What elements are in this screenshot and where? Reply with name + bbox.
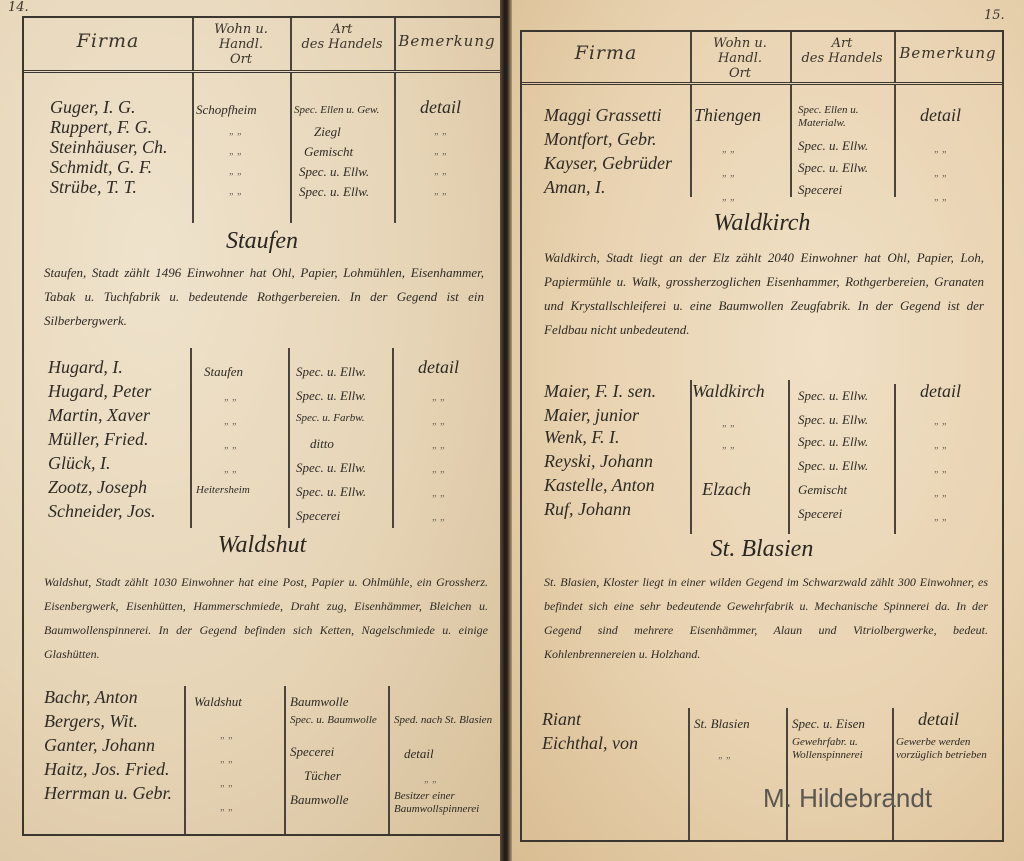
ort-cell: Elzach: [702, 480, 751, 499]
art-cell: Spec. u. Ellw.: [798, 410, 868, 429]
column-header-bemerkung: Bemerkung: [394, 34, 500, 49]
firma-cell: Kastelle, Anton: [544, 476, 655, 495]
ort-cell: Thiengen: [694, 106, 761, 125]
section-description-waldshut: Waldshut, Stadt zählt 1030 Einwohner hat…: [44, 570, 488, 666]
bemerkung-cell: „ „: [432, 508, 446, 527]
column-rule: [192, 73, 194, 223]
art-cell: Spec. Ellen u. Gew.: [294, 104, 379, 117]
firma-cell: Glück, I.: [48, 454, 110, 473]
firma-cell: Bachr, Anton: [44, 688, 138, 707]
firma-cell: Hugard, I.: [48, 358, 123, 377]
art-cell: Specerei: [296, 506, 340, 525]
ort-cell: „ „: [229, 162, 243, 181]
ledger-table: Firma Wohn u. Handl. Ort Art des Handels…: [22, 16, 502, 836]
art-cell: ditto: [310, 434, 334, 453]
ort-cell: Schopfheim: [196, 100, 257, 119]
section-title-staufen: Staufen: [24, 228, 500, 255]
art-cell: Spec. u. Ellw.: [296, 482, 366, 501]
art-cell: Baumwolle: [290, 790, 349, 809]
ort-cell: „ „: [229, 122, 243, 141]
ort-cell: St. Blasien: [694, 714, 750, 733]
firma-cell: Eichthal, von: [542, 734, 638, 753]
firma-cell: Maggi Grassetti: [544, 106, 662, 125]
bemerkung-cell: Sped. nach St. Blasien: [394, 714, 494, 727]
firma-cell: Martin, Xaver: [48, 406, 150, 425]
art-cell: Spec. u. Ellw.: [299, 162, 369, 181]
ort-cell: Waldshut: [194, 692, 242, 711]
section-title-waldkirch: Waldkirch: [522, 210, 1002, 237]
column-rule: [690, 380, 692, 534]
column-rule: [184, 686, 186, 834]
art-cell: Ziegl: [314, 122, 341, 141]
page-number: 15.: [984, 8, 1005, 23]
bemerkung-cell: „ „: [434, 182, 448, 201]
column-rule: [392, 348, 394, 528]
ort-cell: „ „: [220, 726, 234, 745]
header-line: des Handels: [290, 37, 394, 52]
art-cell: Spec. u. Farbw.: [296, 412, 365, 425]
art-cell: Baumwolle: [290, 692, 349, 711]
firma-cell: Guger, I. G.: [50, 98, 136, 117]
bemerkung-cell: „ „: [934, 164, 948, 183]
firma-cell: Reyski, Johann: [544, 452, 653, 471]
firma-cell: Ruppert, F. G.: [50, 118, 152, 137]
bemerkung-cell: „ „: [432, 412, 446, 431]
bemerkung-cell: „ „: [434, 162, 448, 181]
art-cell: Spec. Ellen u. Materialw.: [798, 104, 890, 130]
art-cell: Spec. u. Ellw.: [798, 456, 868, 475]
art-cell: Spec. u. Eisen: [792, 714, 865, 733]
firma-cell: Ganter, Johann: [44, 736, 155, 755]
header-line: Wohn u. Handl.: [690, 36, 790, 66]
ort-cell: „ „: [722, 188, 736, 207]
right-page: 15. Firma Wohn u. Handl. Ort Art des Han…: [512, 0, 1024, 861]
bemerkung-cell: „ „: [934, 188, 948, 207]
section-description-st-blasien: St. Blasien, Kloster liegt in einer wild…: [544, 570, 988, 666]
bemerkung-cell: „ „: [934, 140, 948, 159]
art-cell: Tücher: [304, 766, 341, 785]
column-rule: [288, 348, 290, 528]
firma-cell: Zootz, Joseph: [48, 478, 147, 497]
firma-cell: Haitz, Jos. Fried.: [44, 760, 170, 779]
bemerkung-cell: „ „: [432, 484, 446, 503]
bemerkung-cell: detail: [418, 358, 459, 377]
bemerkung-cell: „ „: [432, 436, 446, 455]
bemerkung-cell: detail: [918, 710, 959, 729]
art-cell: Spec. u. Ellw.: [296, 362, 366, 381]
bemerkung-cell: „ „: [434, 122, 448, 141]
column-rule: [788, 380, 790, 534]
ort-cell: Waldkirch: [692, 382, 765, 401]
column-rule: [790, 85, 792, 197]
column-rule: [688, 708, 690, 840]
ort-cell: „ „: [224, 436, 238, 455]
column-rule: [394, 73, 396, 223]
column-rule: [388, 686, 390, 834]
ort-cell: „ „: [224, 460, 238, 479]
column-header-ort: Wohn u. Handl. Ort: [690, 36, 790, 81]
column-rule: [786, 708, 788, 840]
column-header-firma: Firma: [24, 34, 192, 49]
section-description-staufen: Staufen, Stadt zählt 1496 Einwohner hat …: [44, 261, 484, 333]
column-header-ort: Wohn u. Handl. Ort: [192, 22, 290, 67]
firma-cell: Aman, I.: [544, 178, 606, 197]
bemerkung-cell: „ „: [434, 142, 448, 161]
column-header-bemerkung: Bemerkung: [894, 46, 1002, 61]
firma-cell: Maier, F. I. sen.: [544, 382, 656, 401]
section-title-st-blasien: St. Blasien: [522, 536, 1002, 563]
ort-cell: „ „: [220, 750, 234, 769]
art-cell: Spec. u. Baumwolle: [290, 714, 382, 727]
page-number: 14.: [8, 0, 29, 15]
art-cell: Spec. u. Ellw.: [299, 182, 369, 201]
header-line: des Handels: [790, 51, 894, 66]
firma-cell: Maier, junior: [544, 406, 639, 425]
art-cell: Specerei: [798, 180, 842, 199]
ort-cell: Staufen: [204, 362, 243, 381]
column-header-firma: Firma: [522, 46, 690, 61]
bemerkung-cell: „ „: [934, 460, 948, 479]
column-header-art: Art des Handels: [790, 36, 894, 66]
bemerkung-cell: „ „: [934, 508, 948, 527]
section-description-waldkirch: Waldkirch, Stadt liegt an der Elz zählt …: [544, 246, 984, 342]
ledger-table: Firma Wohn u. Handl. Ort Art des Handels…: [520, 30, 1004, 842]
column-header-art: Art des Handels: [290, 22, 394, 52]
column-rule: [190, 348, 192, 528]
book-gutter: [500, 0, 512, 861]
art-cell: Spec. u. Ellw.: [296, 386, 366, 405]
header-line: Wohn u. Handl.: [192, 22, 290, 52]
ort-cell: „ „: [224, 388, 238, 407]
bemerkung-cell: Besitzer einer Baumwollspinnerei: [394, 790, 498, 816]
firma-cell: Kayser, Gebrüder: [544, 154, 672, 173]
ort-cell: „ „: [229, 182, 243, 201]
watermark: M. Hildebrandt: [763, 783, 932, 814]
art-cell: Specerei: [798, 504, 842, 523]
art-cell: Spec. u. Ellw.: [798, 136, 868, 155]
column-rule: [892, 708, 894, 840]
section-title-waldshut: Waldshut: [24, 532, 500, 559]
ort-cell: „ „: [229, 142, 243, 161]
firma-cell: Schmidt, G. F.: [50, 158, 152, 177]
bemerkung-cell: „ „: [432, 460, 446, 479]
column-rule: [284, 686, 286, 834]
firma-cell: Strübe, T. T.: [50, 178, 137, 197]
ort-cell: „ „: [722, 140, 736, 159]
bemerkung-cell: Gewerbe werden vorzüglich betrieben: [896, 736, 1000, 762]
firma-cell: Müller, Fried.: [48, 430, 149, 449]
column-rule: [894, 384, 896, 534]
column-rule: [894, 85, 896, 197]
bemerkung-cell: detail: [920, 382, 961, 401]
ort-cell: Heitersheim: [196, 484, 250, 497]
art-cell: Spec. u. Ellw.: [798, 432, 868, 451]
header-line: Ort: [690, 66, 790, 81]
art-cell: Gemischt: [304, 142, 353, 161]
ort-cell: „ „: [224, 412, 238, 431]
art-cell: Gewehrfabr. u. Wollenspinnerei: [792, 736, 888, 762]
header-line: Art: [290, 22, 394, 37]
bemerkung-cell: detail: [420, 98, 461, 117]
ort-cell: „ „: [220, 774, 234, 793]
firma-cell: Ruf, Johann: [544, 500, 631, 519]
bemerkung-cell: detail: [404, 744, 434, 763]
firma-cell: Wenk, F. I.: [544, 428, 620, 447]
header-line: Ort: [192, 52, 290, 67]
ort-cell: „ „: [220, 798, 234, 817]
firma-cell: Steinhäuser, Ch.: [50, 138, 168, 157]
art-cell: Spec. u. Ellw.: [798, 386, 868, 405]
art-cell: Specerei: [290, 742, 334, 761]
ort-cell: „ „: [722, 164, 736, 183]
firma-cell: Bergers, Wit.: [44, 712, 138, 731]
bemerkung-cell: „ „: [934, 412, 948, 431]
bemerkung-cell: „ „: [934, 436, 948, 455]
header-divider: [522, 82, 1002, 85]
bemerkung-cell: „ „: [424, 770, 438, 789]
bemerkung-cell: „ „: [432, 388, 446, 407]
firma-cell: Herrman u. Gebr.: [44, 784, 172, 803]
column-rule: [690, 85, 692, 197]
firma-cell: Schneider, Jos.: [48, 502, 155, 521]
firma-cell: Hugard, Peter: [48, 382, 151, 401]
ort-cell: „ „: [718, 746, 732, 765]
ort-cell: „ „: [722, 414, 736, 433]
bemerkung-cell: „ „: [934, 484, 948, 503]
art-cell: Spec. u. Ellw.: [798, 158, 868, 177]
art-cell: Gemischt: [798, 480, 847, 499]
firma-cell: Riant: [542, 710, 581, 729]
left-page: 14. Firma Wohn u. Handl. Ort Art des Han…: [0, 0, 500, 861]
header-line: Art: [790, 36, 894, 51]
ort-cell: „ „: [722, 436, 736, 455]
header-divider: [24, 70, 500, 73]
firma-cell: Montfort, Gebr.: [544, 130, 657, 149]
bemerkung-cell: detail: [920, 106, 961, 125]
column-rule: [290, 73, 292, 223]
art-cell: Spec. u. Ellw.: [296, 458, 366, 477]
